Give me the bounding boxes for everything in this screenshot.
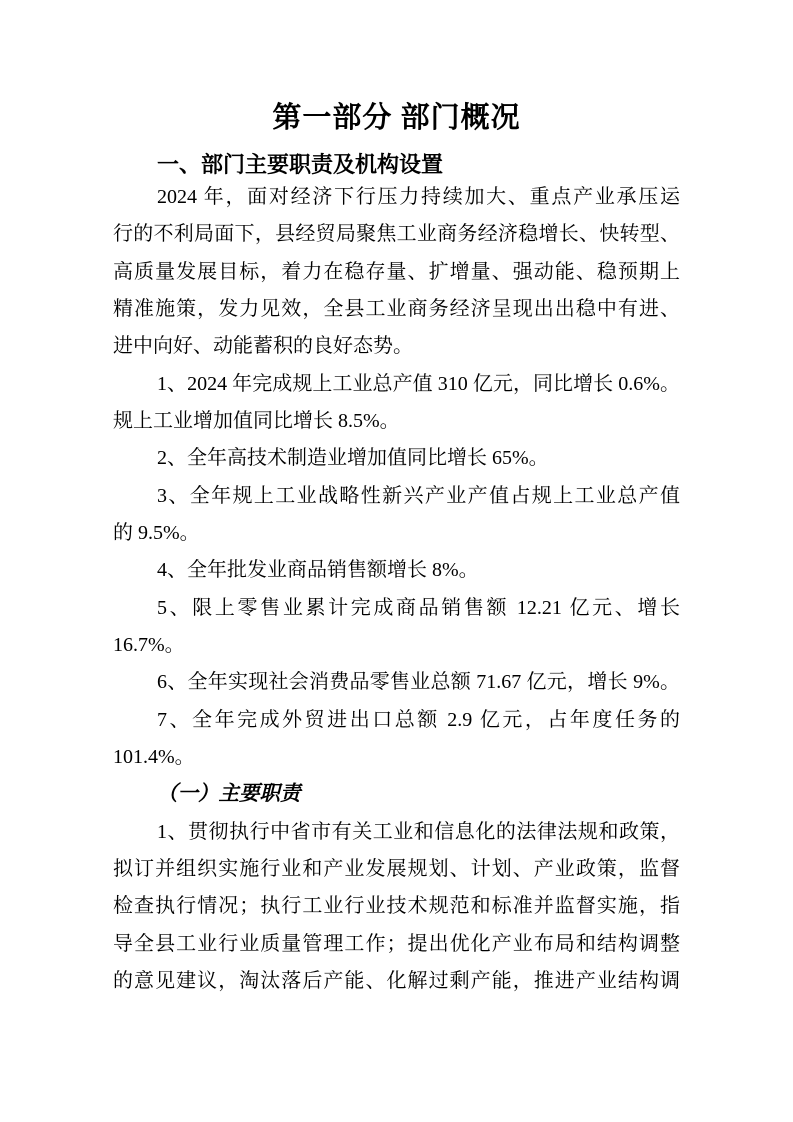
body-line: 16.7%。 <box>113 627 680 664</box>
body-line: 进中向好、动能蓄积的良好态势。 <box>113 328 680 365</box>
body-line: 高质量发展目标，着力在稳存量、扩增量、强动能、稳预期上 <box>113 254 680 291</box>
body-line: 1、2024 年完成规上工业总产值 310 亿元，同比增长 0.6%。 <box>113 366 680 403</box>
body-line: 2024 年，面对经济下行压力持续加大、重点产业承压运 <box>113 179 680 216</box>
body-line: 的意见建议，淘汰落后产能、化解过剩产能，推进产业结构调 <box>113 963 680 1000</box>
body-line: 101.4%。 <box>113 739 680 776</box>
body-line: 导全县工业行业质量管理工作；提出优化产业布局和结构调整 <box>113 926 680 963</box>
body-line: 规上工业增加值同比增长 8.5%。 <box>113 403 680 440</box>
body-line: 1、贯彻执行中省市有关工业和信息化的法律法规和政策， <box>113 814 680 851</box>
document-content: 第一部分 部门概况 一、部门主要职责及机构设置 2024 年，面对经济下行压力持… <box>113 0 680 1000</box>
body-line: 2、全年高技术制造业增加值同比增长 65%。 <box>113 440 680 477</box>
document-page: 第一部分 部门概况 一、部门主要职责及机构设置 2024 年，面对经济下行压力持… <box>0 0 793 1122</box>
body-line: 3、全年规上工业战略性新兴产业产值占规上工业总产值 <box>113 478 680 515</box>
body-line: 行的不利局面下，县经贸局聚焦工业商务经济稳增长、快转型、 <box>113 216 680 253</box>
body-line: 精准施策，发力见效，全县工业商务经济呈现出出稳中有进、 <box>113 291 680 328</box>
body-line: 的 9.5%。 <box>113 515 680 552</box>
section-heading: 一、部门主要职责及机构设置 <box>113 151 680 179</box>
body-line: 4、全年批发业商品销售额增长 8%。 <box>113 552 680 589</box>
body-text: 2024 年，面对经济下行压力持续加大、重点产业承压运 行的不利局面下，县经贸局… <box>113 179 680 1000</box>
subsection-heading: （一）主要职责 <box>113 776 680 813</box>
body-line: 6、全年实现社会消费品零售业总额 71.67 亿元，增长 9%。 <box>113 664 680 701</box>
body-line: 检查执行情况；执行工业行业技术规范和标准并监督实施，指 <box>113 888 680 925</box>
page-title: 第一部分 部门概况 <box>113 99 680 137</box>
body-line: 5、限上零售业累计完成商品销售额 12.21 亿元、增长 <box>113 590 680 627</box>
body-line: 拟订并组织实施行业和产业发展规划、计划、产业政策，监督 <box>113 851 680 888</box>
body-line: 7、全年完成外贸进出口总额 2.9 亿元，占年度任务的 <box>113 702 680 739</box>
